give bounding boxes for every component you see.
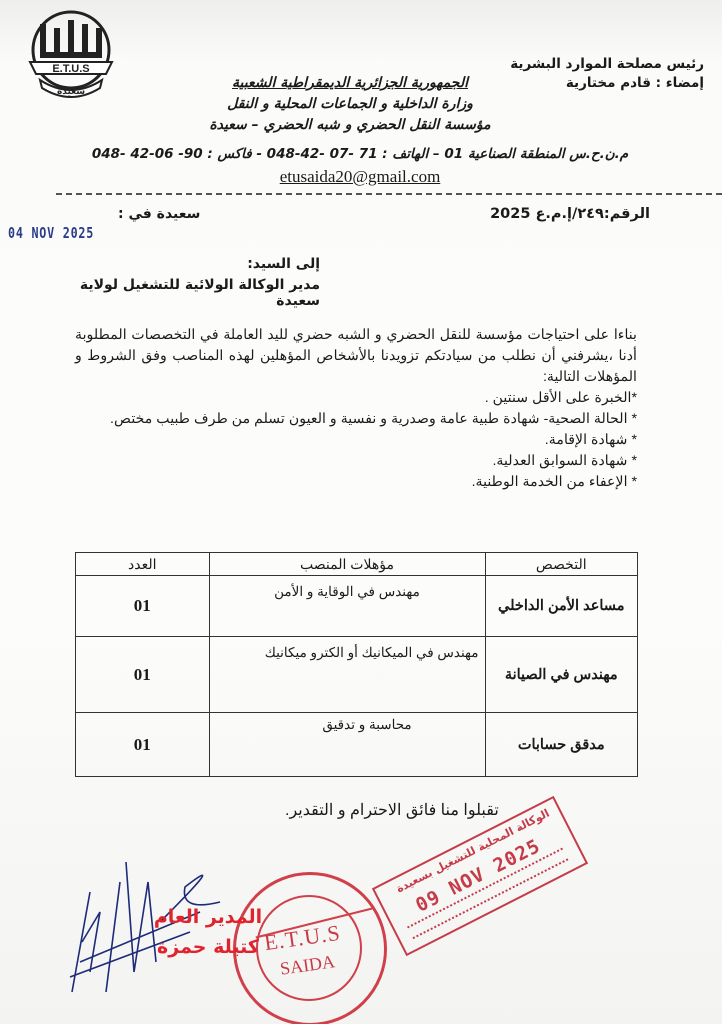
etus-logo: E.T.U.S سعيدة	[22, 10, 120, 100]
table-row: مهندس في الصيانة مهندس في الميكانيك أو ا…	[76, 637, 638, 713]
specialty-cell: مهندس في الصيانة	[485, 637, 637, 713]
intro-paragraph: بناءا على احتياجات مؤسسة للنقل الحضري و …	[75, 325, 637, 388]
qualification-cell: مهندس في الميكانيك أو الكترو ميكانيك	[209, 637, 485, 713]
svg-text:E.T.U.S: E.T.U.S	[52, 63, 89, 75]
table-row: مساعد الأمن الداخلي مهندس في الوقاية و ا…	[76, 576, 638, 637]
qualification-cell: محاسبة و تدقيق	[209, 713, 485, 777]
recipient-salutation: إلى السيد:	[220, 256, 320, 272]
document-page: E.T.U.S سعيدة رئيس مصلحة الموارد البشرية…	[0, 0, 722, 1024]
condition-item: *الخبرة على الأقل سنتين .	[75, 388, 637, 409]
positions-table: التخصص مؤهلات المنصب العدد مساعد الأمن ا…	[75, 552, 638, 777]
condition-item: * شهادة السوابق العدلية.	[75, 451, 637, 472]
hr-title: رئيس مصلحة الموارد البشرية	[510, 55, 704, 74]
reference-number: الرقم:٢٤٩/إ.م.ع 2025	[490, 206, 650, 222]
signer-title: المدير العام	[118, 902, 298, 932]
closing-line: تقبلوا منا فائق الاحترام و التقدير.	[285, 800, 499, 820]
qualification-cell: مهندس في الوقاية و الأمن	[209, 576, 485, 637]
enterprise-title: مؤسسة النقل الحضري و شبه الحضري – سعيدة	[150, 117, 550, 133]
republic-title: الجمهورية الجزائرية الديمقراطية الشعبية	[150, 75, 550, 91]
specialty-cell: مدقق حسابات	[485, 713, 637, 777]
count-cell: 01	[76, 713, 210, 777]
table-row: مدقق حسابات محاسبة و تدقيق 01	[76, 713, 638, 777]
count-cell: 01	[76, 637, 210, 713]
count-cell: 01	[76, 576, 210, 637]
header-count: العدد	[76, 553, 210, 576]
letter-body: بناءا على احتياجات مؤسسة للنقل الحضري و …	[75, 325, 637, 493]
signer-block: المدير العام كتيلة حمزة	[118, 902, 298, 962]
condition-item: * الحالة الصحية- شهادة طبية عامة وصدرية …	[75, 409, 637, 430]
condition-item: * الإعفاء من الخدمة الوطنية.	[75, 472, 637, 493]
ministry-title: وزارة الداخلية و الجماعات المحلية و النق…	[150, 96, 550, 112]
svg-text:سعيدة: سعيدة	[57, 87, 85, 97]
place-date-label: سعيدة في :	[118, 206, 200, 222]
condition-item: * شهادة الإقامة.	[75, 430, 637, 451]
recipient-title: مدير الوكالة الولائية للتشغيل لولاية سعي…	[62, 277, 320, 309]
header-specialty: التخصص	[485, 553, 637, 576]
header-qualification: مؤهلات المنصب	[209, 553, 485, 576]
email-link[interactable]: etusaida20@gmail.com	[200, 167, 520, 187]
table-header-row: التخصص مؤهلات المنصب العدد	[76, 553, 638, 576]
contact-line: م.ن.ح.س المنطقة الصناعية 01 – الهاتف : 7…	[80, 146, 640, 162]
header-divider	[56, 193, 722, 195]
date-stamp: 04 NOV 2025	[8, 224, 94, 242]
signer-name: كتيلة حمزة	[118, 932, 298, 962]
specialty-cell: مساعد الأمن الداخلي	[485, 576, 637, 637]
